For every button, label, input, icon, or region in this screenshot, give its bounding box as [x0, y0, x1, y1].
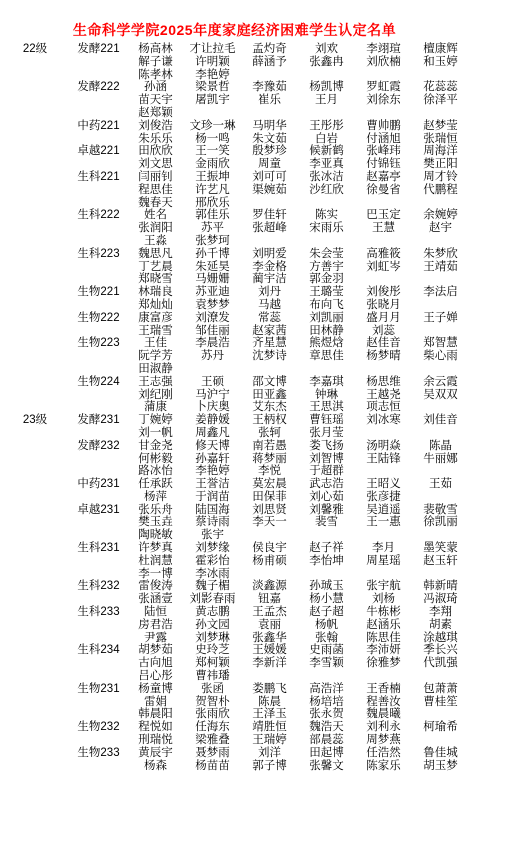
student-name: 代凯强	[412, 657, 469, 670]
document-title: 生命科学学院2025年度家庭经济困难学生认定名单	[0, 20, 469, 40]
class-label: 生物231	[70, 683, 127, 696]
student-name: 刘俊彤	[355, 286, 412, 299]
student-name: 王媛媛	[241, 644, 298, 657]
student-name	[412, 325, 469, 338]
student-name: 张永贺	[298, 708, 355, 721]
student-name: 王昭义	[355, 478, 412, 491]
student-name: 程思佳	[127, 184, 184, 197]
student-name: 王泽玉	[241, 708, 298, 721]
student-name: 刘心茹	[298, 491, 355, 504]
table-row: 中药231任承跃王誉洁莫宏晨武志浩王昭义王茹	[0, 478, 469, 491]
student-name	[412, 69, 469, 82]
student-name: 郭子博	[241, 760, 298, 773]
class-label	[70, 222, 127, 235]
student-name: 张翰	[298, 632, 355, 645]
student-name: 袁梦梦	[184, 299, 241, 312]
student-name: 苏平	[184, 222, 241, 235]
student-name: 刘可可	[241, 171, 298, 184]
student-name: 杨梦晴	[355, 350, 412, 363]
student-name: 魏浩天	[298, 721, 355, 734]
student-name: 周鑫凡	[184, 427, 241, 440]
student-name: 余云霞	[412, 376, 469, 389]
grade-label	[0, 491, 70, 504]
grade-label	[0, 465, 70, 478]
grade-label	[0, 107, 70, 120]
student-name: 李晨浩	[184, 337, 241, 350]
class-label: 生物222	[70, 312, 127, 325]
grade-label	[0, 325, 70, 338]
student-name: 陈家乐	[355, 760, 412, 773]
grade-label	[0, 248, 70, 261]
table-row: 陈孝林李艳婷	[0, 69, 469, 82]
student-name: 王瑞婷	[241, 734, 298, 747]
student-name: 田起博	[298, 747, 355, 760]
class-label	[70, 632, 127, 645]
student-name: 黄辰宇	[127, 747, 184, 760]
student-name: 布向飞	[298, 299, 355, 312]
grade-label	[0, 516, 70, 529]
student-name: 花蕊蕊	[412, 81, 469, 94]
student-name	[184, 107, 241, 120]
grade-label	[0, 299, 70, 312]
student-name: 刘蕊	[355, 325, 412, 338]
student-name: 孙珹玉	[298, 580, 355, 593]
student-name: 杨甫硕	[241, 555, 298, 568]
student-name: 刘洋	[241, 747, 298, 760]
table-row: 23级发酵231丁婉婷姜静媛王柄权曹钰瑶刘冰寒刘佳音	[0, 414, 469, 427]
grade-label	[0, 632, 70, 645]
class-label: 中药231	[70, 478, 127, 491]
class-label	[70, 516, 127, 529]
student-name: 部晨蕊	[298, 734, 355, 747]
class-label	[70, 133, 127, 146]
class-label	[70, 657, 127, 670]
grade-label	[0, 222, 70, 235]
table-row: 王淼张梦珂	[0, 235, 469, 248]
student-name: 张馨文	[298, 760, 355, 773]
student-name: 涂越琪	[412, 632, 469, 645]
table-row: 蒲康卜庆奥艾东杰王思淇项志恒	[0, 401, 469, 414]
class-label	[70, 708, 127, 721]
table-row: 刑瑞悦梁雅叠王瑞婷部晨蕊周梦燕	[0, 734, 469, 747]
student-name: 杨高林	[127, 43, 184, 56]
student-name: 何彬毅	[127, 453, 184, 466]
student-name: 候新鹤	[298, 145, 355, 158]
table-row: 生物221林瑞良苏亚迪刘丹王璐莹刘俊彤李法启	[0, 286, 469, 299]
student-name: 杨童博	[127, 683, 184, 696]
class-label	[70, 107, 127, 120]
student-name: 杨凯博	[298, 81, 355, 94]
class-label	[70, 299, 127, 312]
student-name: 王香楠	[355, 683, 412, 696]
student-name: 赵涵乐	[355, 619, 412, 632]
grade-label	[0, 427, 70, 440]
student-name	[355, 69, 412, 82]
student-name: 淡鑫源	[241, 580, 298, 593]
table-row: 尹露刘梦琳张鑫华张翰陈思佳涂越琪	[0, 632, 469, 645]
student-name: 史玲芝	[184, 644, 241, 657]
student-name: 李翔	[412, 606, 469, 619]
student-name	[412, 363, 469, 376]
student-name: 王志强	[127, 376, 184, 389]
student-name: 魏思凡	[127, 248, 184, 261]
student-name: 赵家茜	[241, 325, 298, 338]
student-name: 杜润慧	[127, 555, 184, 568]
student-name: 许艺凡	[184, 184, 241, 197]
grade-label	[0, 337, 70, 350]
table-row: 朱乐乐杨一鸣朱文茹白岩付涵旭张瑞恒	[0, 133, 469, 146]
student-name: 杨培培	[298, 696, 355, 709]
student-name: 林瑞良	[127, 286, 184, 299]
student-name: 杨小慧	[298, 593, 355, 606]
student-name: 赵玉轩	[412, 555, 469, 568]
student-name: 卜庆奥	[184, 401, 241, 414]
class-label	[70, 401, 127, 414]
student-name: 刘凯丽	[298, 312, 355, 325]
student-name: 梁景哲	[184, 81, 241, 94]
grade-label	[0, 401, 70, 414]
class-label: 卓越221	[70, 145, 127, 158]
student-name: 才让拉毛	[184, 43, 241, 56]
student-name: 孙千博	[184, 248, 241, 261]
student-name: 房君浩	[127, 619, 184, 632]
student-name: 赵嘉亭	[355, 171, 412, 184]
student-name: 张宇航	[355, 580, 412, 593]
student-name: 田淑静	[127, 363, 184, 376]
student-name: 牛丽娜	[412, 453, 469, 466]
class-label	[70, 273, 127, 286]
table-row: 古向旭郑柯颖李新洋李雪颖徐雅梦代凯强	[0, 657, 469, 670]
student-name: 盛月月	[355, 312, 412, 325]
table-row: 吕心彤曹祎璠	[0, 670, 469, 683]
student-name: 尹露	[127, 632, 184, 645]
table-row: 王瑞雪邹佳丽赵家茜田林静刘蕊	[0, 325, 469, 338]
student-name: 袁丽	[241, 619, 298, 632]
student-name: 刘丹	[241, 286, 298, 299]
student-name: 李冰雨	[184, 568, 241, 581]
student-name: 娄飞扬	[298, 440, 355, 453]
student-name: 马姗姗	[184, 273, 241, 286]
table-row: 生物231杨童博张函娄鹏飞高浩洋王香楠包萧萧	[0, 683, 469, 696]
student-name: 邹佳丽	[184, 325, 241, 338]
grade-label	[0, 542, 70, 555]
student-name: 方善宇	[298, 261, 355, 274]
student-name: 刘潦发	[184, 312, 241, 325]
class-label	[70, 325, 127, 338]
student-name: 徐曼省	[355, 184, 412, 197]
student-name: 马越	[241, 299, 298, 312]
student-name: 武志浩	[298, 478, 355, 491]
class-label	[70, 465, 127, 478]
grade-label	[0, 350, 70, 363]
student-name: 邢欣乐	[184, 197, 241, 210]
student-name: 胡梦茹	[127, 644, 184, 657]
grade-label	[0, 184, 70, 197]
student-name: 徐泽平	[412, 94, 469, 107]
student-name	[412, 708, 469, 721]
student-name: 付锦钰	[355, 158, 412, 171]
student-name: 张梦珂	[184, 235, 241, 248]
student-name: 樊正阳	[412, 158, 469, 171]
student-name: 田亚鑫	[241, 389, 298, 402]
student-name	[412, 734, 469, 747]
student-name: 李嘉琪	[298, 376, 355, 389]
student-name: 杨森	[127, 760, 184, 773]
class-label	[70, 568, 127, 581]
student-name: 鲁佳城	[412, 747, 469, 760]
student-name: 闫丽钊	[127, 171, 184, 184]
table-row: 杨森杨苗苗郭子博张馨文陈家乐胡玉梦	[0, 760, 469, 773]
student-name: 白岩	[298, 133, 355, 146]
student-name: 王振坤	[184, 171, 241, 184]
grade-label	[0, 145, 70, 158]
student-name: 包萧萧	[412, 683, 469, 696]
student-name: 孙嘉轩	[184, 453, 241, 466]
student-name	[355, 568, 412, 581]
student-name: 张乐舟	[127, 504, 184, 517]
grade-label	[0, 555, 70, 568]
student-name: 许明颖	[184, 56, 241, 69]
class-label: 生科222	[70, 209, 127, 222]
table-row: 刘文思金雨欣周童李亚真付锦钰樊正阳	[0, 158, 469, 171]
student-name: 李艳婷	[184, 465, 241, 478]
student-name: 聂梦雨	[184, 747, 241, 760]
student-name	[412, 491, 469, 504]
table-row: 生科223魏思凡孙千博刘明爱朱会莹高雅筱朱梦欣	[0, 248, 469, 261]
student-name: 熊煜焓	[298, 337, 355, 350]
student-name: 王慧	[355, 222, 412, 235]
grade-label	[0, 94, 70, 107]
class-label: 生科223	[70, 248, 127, 261]
student-name: 牛栋彬	[355, 606, 412, 619]
student-name: 魏子楣	[184, 580, 241, 593]
student-name: 贺智朴	[184, 696, 241, 709]
student-name: 和玉婷	[412, 56, 469, 69]
student-name: 韩新晴	[412, 580, 469, 593]
student-name	[355, 529, 412, 542]
student-name: 田保菲	[241, 491, 298, 504]
class-label	[70, 261, 127, 274]
grade-label	[0, 734, 70, 747]
grade-label	[0, 453, 70, 466]
student-name: 赵宇	[412, 222, 469, 235]
student-name	[298, 529, 355, 542]
table-row: 张涵壹刘影春雨钮嘉杨小慧刘杨冯淑琦	[0, 593, 469, 606]
student-name: 刘一帆	[127, 427, 184, 440]
student-name	[355, 197, 412, 210]
student-name	[298, 69, 355, 82]
student-name: 赵郑颖	[127, 107, 184, 120]
table-row: 房君浩孙文园袁丽杨帆赵涵乐胡素	[0, 619, 469, 632]
student-name: 侯良宇	[241, 542, 298, 555]
student-name: 代鹏程	[412, 184, 469, 197]
table-row: 赵郑颖	[0, 107, 469, 120]
class-label	[70, 555, 127, 568]
student-name	[184, 363, 241, 376]
student-name	[412, 299, 469, 312]
student-name: 墨笑蒙	[412, 542, 469, 555]
student-name: 王柄权	[241, 414, 298, 427]
grade-label	[0, 69, 70, 82]
grade-label	[0, 81, 70, 94]
student-name: 刘欣楠	[355, 56, 412, 69]
student-name: 宋雨乐	[298, 222, 355, 235]
student-name	[298, 197, 355, 210]
student-name: 余婉婷	[412, 209, 469, 222]
grade-label	[0, 657, 70, 670]
student-name: 程悦如	[127, 721, 184, 734]
table-row: 22级发酵221杨高林才让拉毛孟灼奇刘欢李翊瑄檀康辉	[0, 43, 469, 56]
student-name: 张润阳	[127, 222, 184, 235]
student-name: 周海洋	[412, 145, 469, 158]
student-name: 曹帅鹏	[355, 120, 412, 133]
student-name: 刘利永	[355, 721, 412, 734]
student-name: 吴双双	[412, 389, 469, 402]
student-name: 刘俊浩	[127, 120, 184, 133]
table-row: 生物224王志强王硕邵文博李嘉琪杨思维余云霞	[0, 376, 469, 389]
student-name: 张宇	[184, 529, 241, 542]
student-name: 陆恒	[127, 606, 184, 619]
student-name: 郑智慧	[412, 337, 469, 350]
student-name: 王陆锋	[355, 453, 412, 466]
student-name	[241, 363, 298, 376]
student-name: 渠婉茹	[241, 184, 298, 197]
table-row: 程思佳许艺凡渠婉茹沙红欣徐曼省代鹏程	[0, 184, 469, 197]
grade-label	[0, 619, 70, 632]
table-row: 刘纪刚马沪宁田亚鑫钟琳王越尧吴双双	[0, 389, 469, 402]
class-label: 发酵222	[70, 81, 127, 94]
student-name: 李豫茹	[241, 81, 298, 94]
student-name: 苏丹	[184, 350, 241, 363]
student-name: 赵子超	[298, 606, 355, 619]
class-label: 生物223	[70, 337, 127, 350]
table-row: 生物223王佳李晨浩齐星慧熊煜焓赵佳音郑智慧	[0, 337, 469, 350]
student-name: 周星瑶	[355, 555, 412, 568]
student-name	[241, 107, 298, 120]
student-name: 马明华	[241, 120, 298, 133]
class-label	[70, 491, 127, 504]
grade-label	[0, 120, 70, 133]
student-name	[241, 529, 298, 542]
student-name: 刘智博	[298, 453, 355, 466]
student-name: 蒲康	[127, 401, 184, 414]
grade-label	[0, 171, 70, 184]
student-name: 巴玉定	[355, 209, 412, 222]
student-name: 裴雪	[298, 516, 355, 529]
student-name: 刘纪刚	[127, 389, 184, 402]
student-name: 李新洋	[241, 657, 298, 670]
student-name: 张雨欣	[184, 708, 241, 721]
grade-label	[0, 747, 70, 760]
student-name	[241, 235, 298, 248]
student-name: 樊玉垚	[127, 516, 184, 529]
student-name: 张超峰	[241, 222, 298, 235]
table-row: 丁艺晨朱延昊李金格方善宇刘虹岑王靖茹	[0, 261, 469, 274]
student-name: 王瑞雪	[127, 325, 184, 338]
table-row: 李一博李冰雨	[0, 568, 469, 581]
student-name: 丁婉婷	[127, 414, 184, 427]
student-name	[355, 363, 412, 376]
student-name	[355, 465, 412, 478]
student-name: 于超群	[298, 465, 355, 478]
student-name: 朱文茹	[241, 133, 298, 146]
student-name: 徐雅梦	[355, 657, 412, 670]
student-name: 霍彩怡	[184, 555, 241, 568]
student-name: 张月莹	[298, 427, 355, 440]
grade-label	[0, 670, 70, 683]
student-name: 蔡诗雨	[184, 516, 241, 529]
class-label	[70, 593, 127, 606]
class-label	[70, 69, 127, 82]
student-name: 王思淇	[298, 401, 355, 414]
student-name: 史雨菡	[298, 644, 355, 657]
student-name: 檀康辉	[412, 43, 469, 56]
student-name: 周才铃	[412, 171, 469, 184]
student-name	[298, 363, 355, 376]
student-name: 陈思佳	[355, 632, 412, 645]
student-name: 吴逍遥	[355, 504, 412, 517]
student-name: 王越尧	[355, 389, 412, 402]
student-name: 李法启	[412, 286, 469, 299]
student-name: 黄志鹏	[184, 606, 241, 619]
student-name: 汤明焱	[355, 440, 412, 453]
student-name: 赵梦莹	[412, 120, 469, 133]
student-name: 张瑞恒	[412, 133, 469, 146]
student-name: 崔乐	[241, 94, 298, 107]
student-name: 王一惠	[355, 516, 412, 529]
student-name	[412, 107, 469, 120]
student-name: 马沪宁	[184, 389, 241, 402]
student-name: 路冰怡	[127, 465, 184, 478]
student-name: 姜静媛	[184, 414, 241, 427]
student-name: 屠凯宇	[184, 94, 241, 107]
student-name: 朱乐乐	[127, 133, 184, 146]
student-name: 李怡坤	[298, 555, 355, 568]
student-name: 刘欢	[298, 43, 355, 56]
student-name: 李天一	[241, 516, 298, 529]
grade-label	[0, 376, 70, 389]
student-name: 吕心彤	[127, 670, 184, 683]
student-name: 刘徐东	[355, 94, 412, 107]
student-name: 项志恒	[355, 401, 412, 414]
class-label: 发酵232	[70, 440, 127, 453]
student-name: 莫宏晨	[241, 478, 298, 491]
student-name: 许梦真	[127, 542, 184, 555]
class-label	[70, 94, 127, 107]
student-name: 陈晨	[241, 696, 298, 709]
class-label	[70, 235, 127, 248]
student-name: 赵佳音	[355, 337, 412, 350]
student-name	[355, 235, 412, 248]
student-name	[412, 465, 469, 478]
student-name: 徐凯丽	[412, 516, 469, 529]
student-name: 李亚真	[298, 158, 355, 171]
student-name: 高浩洋	[298, 683, 355, 696]
student-name: 李雪颖	[298, 657, 355, 670]
student-name: 曹钰瑶	[298, 414, 355, 427]
student-name: 李沛妍	[355, 644, 412, 657]
table-row: 生科221闫丽钊王振坤刘可可张冰洁赵嘉亭周才铃	[0, 171, 469, 184]
class-label	[70, 197, 127, 210]
student-name: 赵子祥	[298, 542, 355, 555]
student-name	[241, 670, 298, 683]
grade-label	[0, 389, 70, 402]
student-name	[412, 273, 469, 286]
student-name	[298, 235, 355, 248]
student-name: 杨一鸣	[184, 133, 241, 146]
student-name: 刘佳音	[412, 414, 469, 427]
student-name: 蒋梦丽	[241, 453, 298, 466]
